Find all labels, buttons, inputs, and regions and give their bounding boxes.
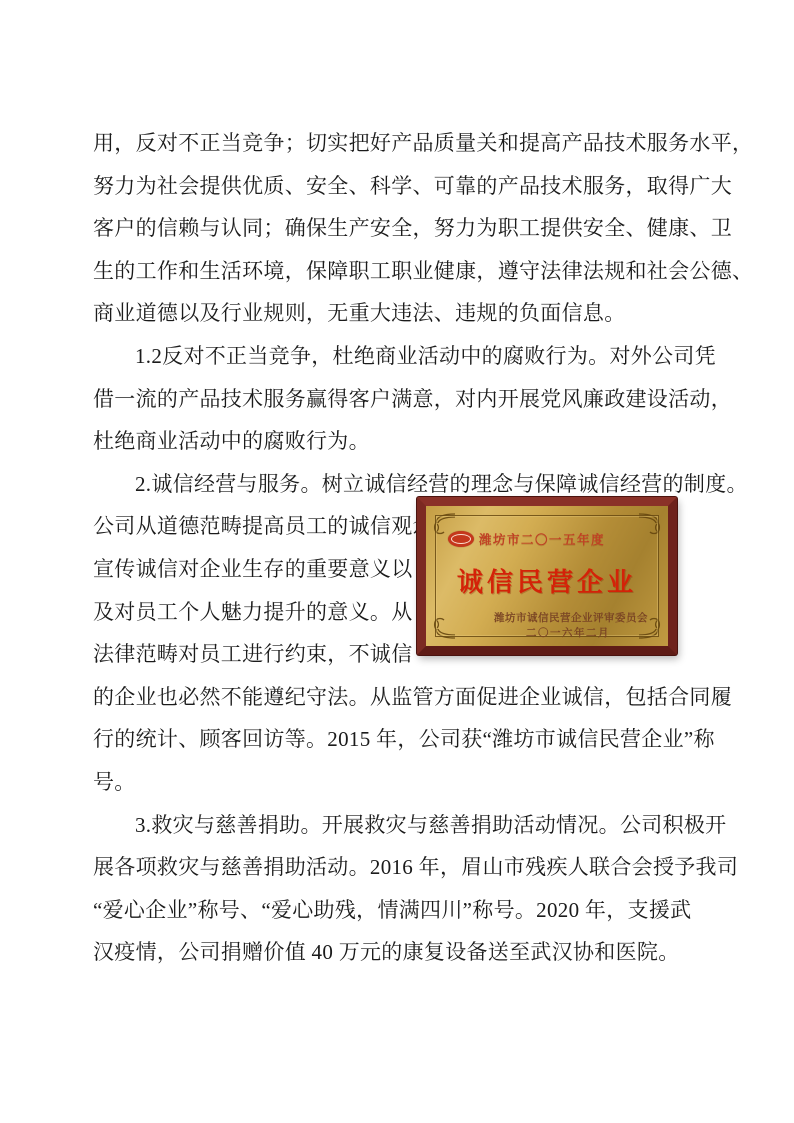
text-line: 1.2反对不正当竞争，杜绝商业活动中的腐败行为。对外公司凭 <box>93 335 713 378</box>
text-line: 号。 <box>93 761 713 804</box>
seal-icon <box>448 531 474 547</box>
text-line: 行的统计、顾客回访等。2015 年，公司获“潍坊市诚信民营企业”称 <box>93 718 713 761</box>
plaque-year-text: 潍坊市二〇一五年度 <box>479 530 605 548</box>
text-line: 努力为社会提供优质、安全、科学、可靠的产品技术服务，取得广大 <box>93 165 713 208</box>
text-line: 展各项救灾与慈善捐助活动。2016 年，眉山市残疾人联合会授予我司 <box>93 846 713 889</box>
plaque-gold-plate: 潍坊市二〇一五年度 诚信民营企业 潍坊市诚信民营企业评审委员会 二〇一六年二月 <box>426 506 668 646</box>
text-line: 汉疫情，公司捐赠价值 40 万元的康复设备送至武汉协和医院。 <box>93 931 713 974</box>
plaque-date: 二〇一六年二月 <box>426 625 610 640</box>
text-line: 的企业也必然不能遵纪守法。从监管方面促进企业诚信，包括合同履 <box>93 676 713 719</box>
document-page: 用，反对不正当竞争；切实把好产品质量关和提高产品技术服务水平，努力为社会提供优质… <box>0 0 794 1123</box>
text-line: 生的工作和生活环境，保障职工职业健康，遵守法律法规和社会公德、 <box>93 250 713 293</box>
text-line: 杜绝商业活动中的腐败行为。 <box>93 420 713 463</box>
plaque-issuer: 潍坊市诚信民营企业评审委员会 <box>426 610 648 625</box>
text-line: 客户的信赖与认同；确保生产安全，努力为职工提供安全、健康、卫 <box>93 207 713 250</box>
text-line: 用，反对不正当竞争；切实把好产品质量关和提高产品技术服务水平， <box>93 122 713 165</box>
text-line: “爱心企业”称号、“爱心助残，情满四川”称号。2020 年，支援武 <box>93 889 713 932</box>
text-line: 借一流的产品技术服务赢得客户满意，对内开展党风廉政建设活动， <box>93 378 713 421</box>
text-line: 3.救灾与慈善捐助。开展救灾与慈善捐助活动情况。公司积极开 <box>93 804 713 847</box>
award-plaque-photo: 潍坊市二〇一五年度 诚信民营企业 潍坊市诚信民营企业评审委员会 二〇一六年二月 <box>417 497 677 655</box>
corner-flourish-icon <box>637 511 663 537</box>
plaque-year-row: 潍坊市二〇一五年度 <box>448 530 605 548</box>
text-line: 商业道德以及行业规则，无重大违法、违规的负面信息。 <box>93 292 713 335</box>
plaque-title: 诚信民营企业 <box>426 562 668 599</box>
